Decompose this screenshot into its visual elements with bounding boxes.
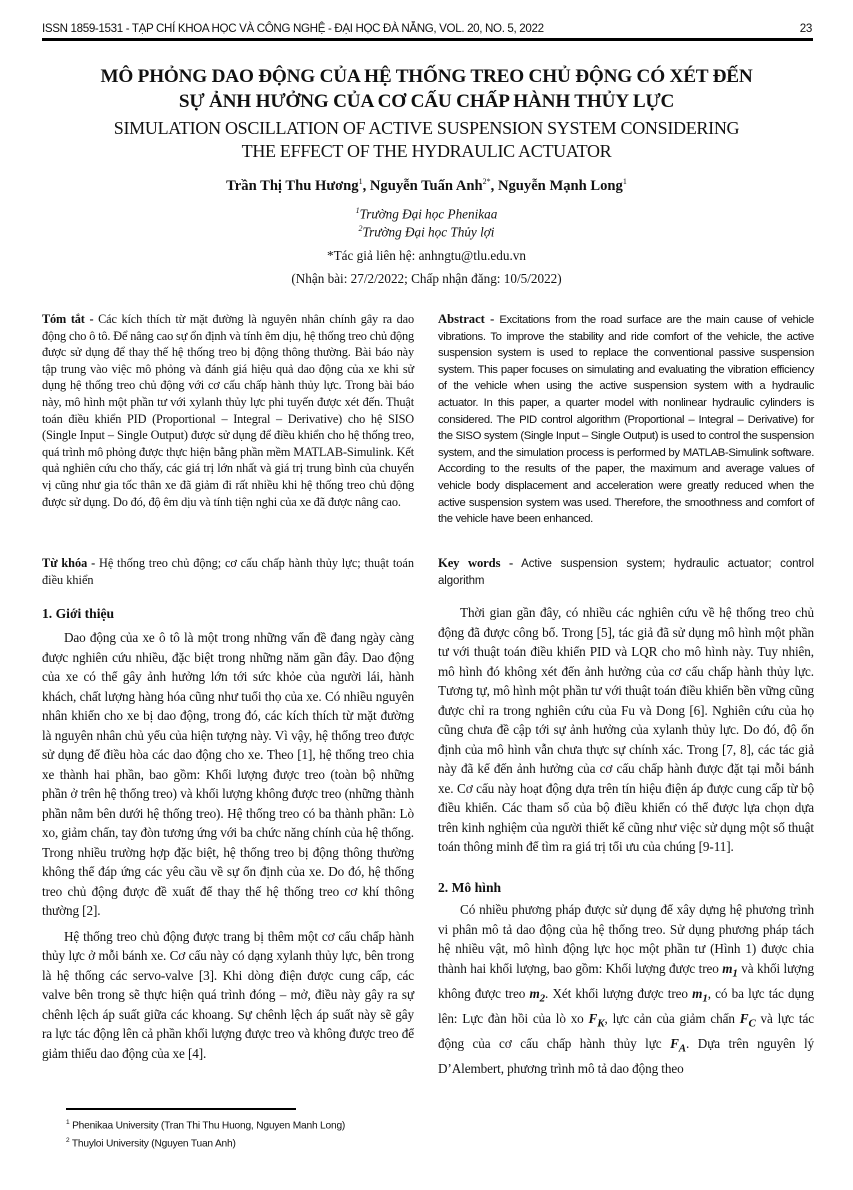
author-name: Trần Thị Thu Hương	[226, 178, 358, 194]
author-sup: 1	[359, 177, 363, 186]
paper-page: ISSN 1859-1531 - TẠP CHÍ KHOA HỌC VÀ CÔN…	[0, 0, 853, 1190]
variable-m1: m1	[722, 961, 738, 976]
variable-m1: m1	[692, 986, 708, 1001]
section-2-body: Có nhiều phương pháp được sử dụng để xây…	[438, 900, 814, 1079]
variable-fk: FK	[589, 1011, 605, 1026]
section-1-heading: 1. Giới thiệu	[42, 606, 114, 622]
abstract-en-text: Excitations from the road surface are th…	[438, 314, 814, 525]
header-rule	[42, 38, 813, 41]
footnotes: 1 Phenikaa University (Tran Thi Thu Huon…	[66, 1116, 345, 1152]
footnote-1: 1 Phenikaa University (Tran Thi Thu Huon…	[66, 1116, 345, 1134]
running-header: ISSN 1859-1531 - TẠP CHÍ KHOA HỌC VÀ CÔN…	[42, 22, 812, 38]
variable-fc: FC	[740, 1011, 756, 1026]
received-accepted-dates: (Nhận bài: 27/2/2022; Chấp nhận đăng: 10…	[0, 271, 853, 287]
author-name: Nguyễn Tuấn Anh	[370, 178, 483, 194]
abstract-en-label: Abstract -	[438, 312, 494, 326]
page-number: 23	[800, 22, 812, 35]
paragraph: Dao động của xe ô tô là một trong những …	[42, 628, 414, 921]
paragraph: Có nhiều phương pháp được sử dụng để xây…	[438, 900, 814, 1079]
variable-fa: FA	[670, 1036, 686, 1051]
title-vn-line-1: MÔ PHỎNG DAO ĐỘNG CỦA HỆ THỐNG TREO CHỦ …	[30, 64, 823, 89]
section-1-left-column: Dao động của xe ô tô là một trong những …	[42, 628, 414, 1063]
footnote-rule	[66, 1108, 296, 1110]
journal-title: ISSN 1859-1531 - TẠP CHÍ KHOA HỌC VÀ CÔN…	[42, 22, 544, 35]
keywords-english: Key words - Active suspension system; hy…	[438, 555, 814, 589]
title-en-line-1: SIMULATION OSCILLATION OF ACTIVE SUSPENS…	[30, 117, 823, 140]
title-english: SIMULATION OSCILLATION OF ACTIVE SUSPENS…	[30, 117, 823, 163]
keywords-vn-text: Hệ thống treo chủ động; cơ cấu chấp hành…	[42, 556, 414, 587]
title-en-line-2: THE EFFECT OF THE HYDRAULIC ACTUATOR	[30, 140, 823, 163]
footnote-2: 2 Thuyloi University (Nguyen Tuan Anh)	[66, 1134, 345, 1152]
paragraph: Thời gian gần đây, có nhiều các nghiên c…	[438, 603, 814, 857]
author-name: Nguyễn Mạnh Long	[498, 178, 623, 194]
title-vn-line-2: SỰ ẢNH HƯỞNG CỦA CƠ CẤU CHẤP HÀNH THỦY L…	[30, 89, 823, 114]
abstract-vietnamese: Tóm tắt - Các kích thích từ mặt đường là…	[42, 311, 414, 510]
keywords-vn-label: Từ khóa -	[42, 556, 95, 570]
author-sup: 2*	[483, 177, 491, 186]
section-1-right-column: Thời gian gần đây, có nhiều các nghiên c…	[438, 603, 814, 857]
variable-m2: m2	[529, 986, 545, 1001]
keywords-en-label: Key words -	[438, 556, 513, 570]
keywords-vietnamese: Từ khóa - Hệ thống treo chủ động; cơ cấu…	[42, 555, 414, 588]
title-vietnamese: MÔ PHỎNG DAO ĐỘNG CỦA HỆ THỐNG TREO CHỦ …	[30, 64, 823, 114]
abstract-vn-text: Các kích thích từ mặt đường là nguyên nh…	[42, 312, 414, 509]
section-2-heading: 2. Mô hình	[438, 880, 501, 896]
affiliation-2: 2Trường Đại học Thủy lợi	[0, 219, 853, 241]
abstract-vn-label: Tóm tắt -	[42, 312, 93, 326]
corresponding-author: *Tác giả liên hệ: anhngtu@tlu.edu.vn	[0, 248, 853, 264]
author-list: Trần Thị Thu Hương1, Nguyễn Tuấn Anh2*, …	[0, 177, 853, 195]
paragraph: Hệ thống treo chủ động được trang bị thê…	[42, 927, 414, 1064]
author-sup: 1	[623, 177, 627, 186]
abstract-english: Abstract - Excitations from the road sur…	[438, 311, 814, 528]
